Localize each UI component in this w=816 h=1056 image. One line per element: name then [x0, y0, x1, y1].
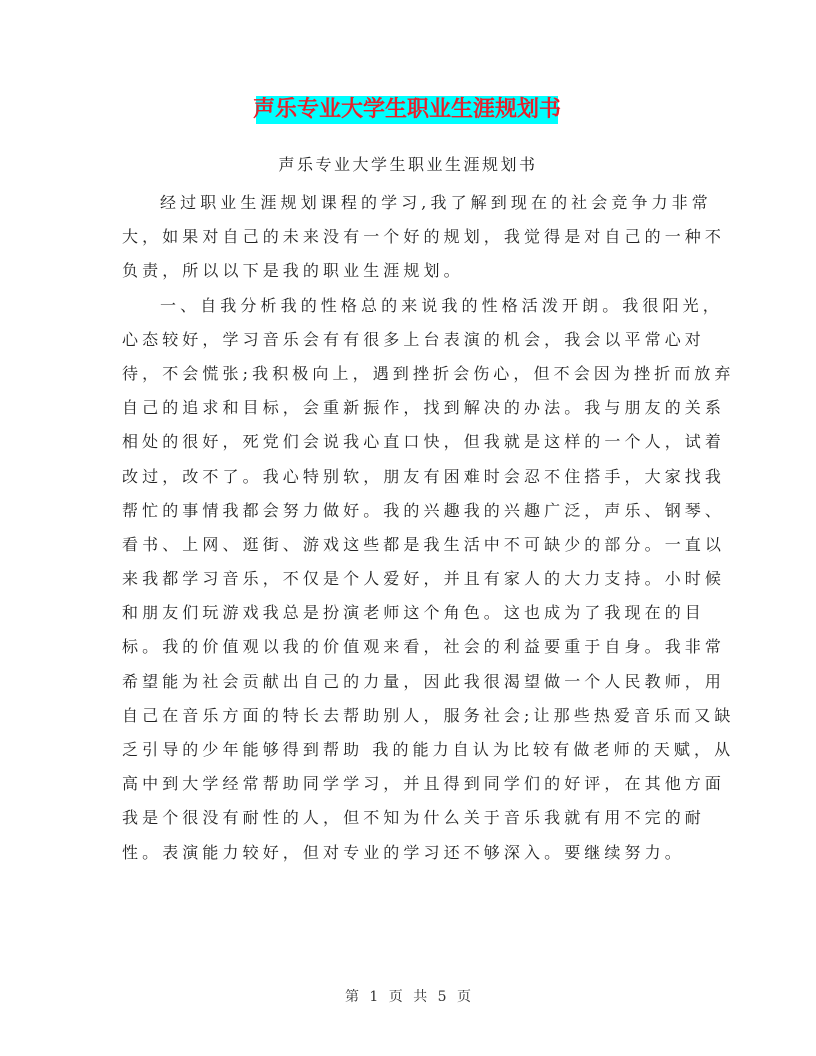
document-subtitle: 声乐专业大学生职业生涯规划书: [0, 152, 816, 175]
paragraph-line: 高中到大学经常帮助同学学习，并且得到同学们的好评，在其他方面: [122, 767, 688, 801]
paragraph-line: 标。我的价值观以我的价值观来看，社会的利益要重于自身。我非常: [122, 630, 688, 664]
paragraph-line: 希望能为社会贡献出自己的力量，因此我很渴望做一个人民教师，用: [122, 665, 688, 699]
paragraph-line: 自己在音乐方面的特长去帮助别人，服务社会;让那些热爱音乐而又缺: [122, 699, 688, 733]
body-text: 经过职业生涯规划课程的学习,我了解到现在的社会竞争力非常 大，如果对自己的未来没…: [122, 186, 688, 870]
paragraph-line: 大，如果对自己的未来没有一个好的规划，我觉得是对自己的一种不: [122, 220, 688, 254]
paragraph-line: 负责，所以以下是我的职业生涯规划。: [122, 254, 688, 288]
paragraph-line: 相处的很好，死党们会说我心直口快，但我就是这样的一个人，试着: [122, 425, 688, 459]
title-banner: 声乐专业大学生职业生涯规划书: [256, 96, 558, 124]
paragraph-line: 经过职业生涯规划课程的学习,我了解到现在的社会竞争力非常: [122, 186, 688, 220]
page-number-footer: 第 1 页 共 5 页: [0, 986, 816, 1006]
paragraph-line: 我是个很没有耐性的人，但不知为什么关于音乐我就有用不完的耐: [122, 801, 688, 835]
paragraph-line: 待，不会慌张;我积极向上，遇到挫折会伤心，但不会因为挫折而放弃: [122, 357, 688, 391]
document-page: 声乐专业大学生职业生涯规划书 声乐专业大学生职业生涯规划书 经过职业生涯规划课程…: [0, 0, 816, 1056]
paragraph-line: 看书、上网、逛街、游戏这些都是我生活中不可缺少的部分。一直以: [122, 528, 688, 562]
paragraph-line: 乏引导的少年能够得到帮助 我的能力自认为比较有做老师的天赋，从: [122, 733, 688, 767]
paragraph-line: 帮忙的事情我都会努力做好。我的兴趣我的兴趣广泛，声乐、钢琴、: [122, 494, 688, 528]
banner-title: 声乐专业大学生职业生涯规划书: [253, 96, 561, 124]
paragraph-line: 来我都学习音乐，不仅是个人爱好，并且有家人的大力支持。小时候: [122, 562, 688, 596]
paragraph-line: 心态较好，学习音乐会有有很多上台表演的机会，我会以平常心对: [122, 323, 688, 357]
paragraph-line: 改过，改不了。我心特别软，朋友有困难时会忍不住搭手，大家找我: [122, 460, 688, 494]
paragraph-line: 和朋友们玩游戏我总是扮演老师这个角色。这也成为了我现在的目: [122, 596, 688, 630]
paragraph-line: 自己的追求和目标，会重新振作，找到解决的办法。我与朋友的关系: [122, 391, 688, 425]
paragraph-line: 一、自我分析我的性格总的来说我的性格活泼开朗。我很阳光，: [122, 289, 688, 323]
paragraph-line: 性。表演能力较好，但对专业的学习还不够深入。要继续努力。: [122, 836, 688, 870]
